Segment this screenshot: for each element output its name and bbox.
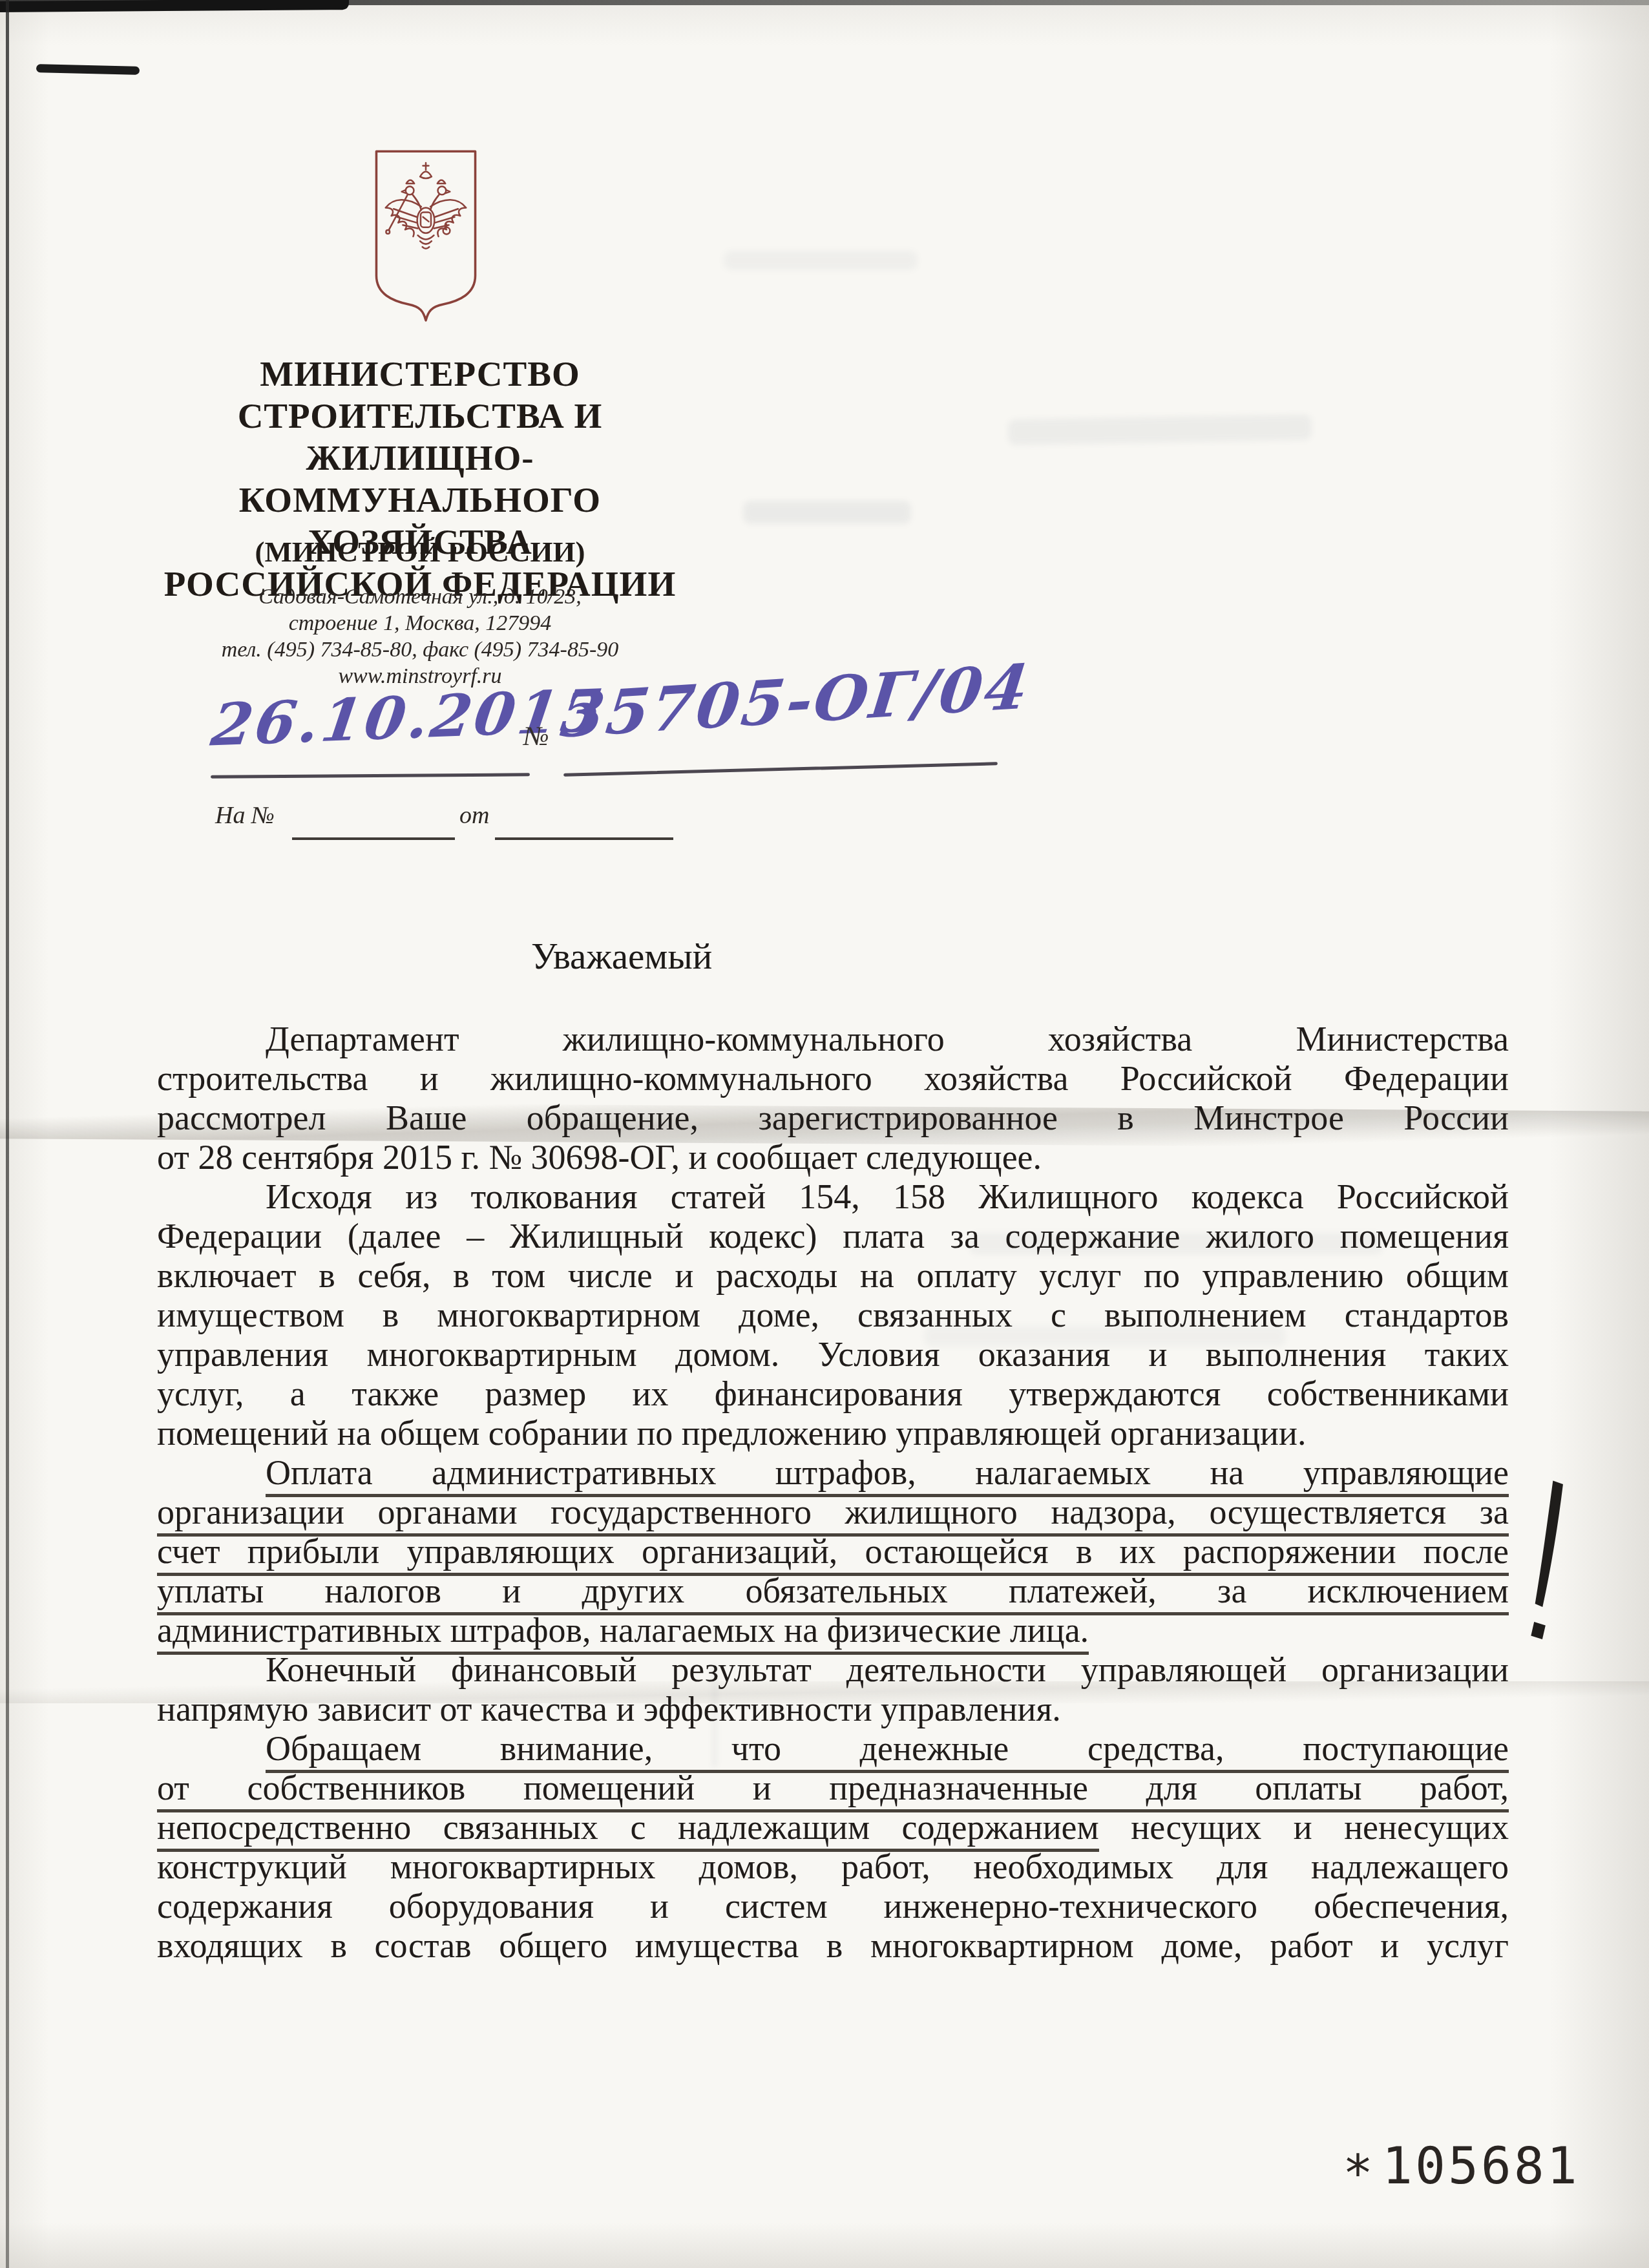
address-line: строение 1, Москва, 127994 xyxy=(147,610,693,636)
body-paragraphs: Департамент жилищно-коммунального хозяйс… xyxy=(157,1020,1509,1966)
text: от 28 сентября 2015 г. № 30698-ОГ, и соо… xyxy=(157,1138,1042,1177)
scan-corner-mark xyxy=(36,64,140,75)
text: входящих в состав общего имущества в мно… xyxy=(157,1926,1509,1965)
body-line: управления многоквартирным домом. Услови… xyxy=(157,1335,1509,1374)
body-line: организации органами государственного жи… xyxy=(157,1493,1509,1532)
underlined-text: счет прибыли управляющих организаций, ос… xyxy=(157,1532,1509,1576)
underlined-text: Оплата административных штрафов, налагае… xyxy=(266,1453,1509,1497)
body-line: от 28 сентября 2015 г. № 30698-ОГ, и соо… xyxy=(157,1138,1509,1177)
text: Федерации (далее – Жилищный кодекс) плат… xyxy=(157,1217,1509,1255)
reply-from-label: от xyxy=(459,801,489,830)
body-line: конструкций многоквартирных домов, работ… xyxy=(157,1847,1509,1887)
number-sign: № xyxy=(523,721,549,752)
body-line: входящих в состав общего имущества в мно… xyxy=(157,1926,1509,1966)
reply-number-blank xyxy=(292,837,455,840)
text: помещений на общем собрании по предложен… xyxy=(157,1414,1306,1453)
bleed-through-artifact xyxy=(743,501,911,524)
underlined-text: непосредственно связанных с надлежащим с… xyxy=(157,1808,1099,1852)
scan-edge-top-dark xyxy=(0,0,349,12)
body-line: административных штрафов, налагаемых на … xyxy=(157,1611,1509,1650)
text: Исходя из толкования статей 154, 158 Жил… xyxy=(266,1177,1509,1216)
date-underline xyxy=(211,773,530,778)
underlined-text: Обращаем внимание, что денежные средства… xyxy=(266,1729,1509,1773)
doc-number-stamp: *105681 xyxy=(1343,2137,1580,2196)
text: услуг, а также размер их финансирования … xyxy=(157,1374,1509,1413)
body-line: Оплата административных штрафов, налагае… xyxy=(157,1453,1509,1493)
underlined-text: организации органами государственного жи… xyxy=(157,1493,1509,1537)
address-line: Садовая-Самотечная ул., д. 10/23, xyxy=(147,583,693,610)
ministry-address-block: Садовая-Самотечная ул., д. 10/23, строен… xyxy=(147,583,693,689)
stamp-asterisk: * xyxy=(1343,2145,1376,2203)
scanned-letter-page: МИНИСТЕРСТВО СТРОИТЕЛЬСТВА И ЖИЛИЩНО- КО… xyxy=(0,0,1649,2268)
ministry-name-line: МИНИСТЕРСТВО xyxy=(147,353,693,395)
body-line: включает в себя, в том числе и расходы н… xyxy=(157,1256,1509,1296)
body-line: напрямую зависит от качества и эффективн… xyxy=(157,1690,1509,1729)
text: строительства и жилищно-коммунального хо… xyxy=(157,1059,1509,1098)
text: рассмотрел Ваше обращение, зарегистриров… xyxy=(157,1098,1509,1137)
body-line: счет прибыли управляющих организаций, ос… xyxy=(157,1532,1509,1571)
body-line: Департамент жилищно-коммунального хозяйс… xyxy=(157,1020,1509,1059)
russian-eagle-emblem-icon xyxy=(368,146,483,327)
address-line: тел. (495) 734-85-80, факс (495) 734-85-… xyxy=(147,636,693,663)
body-line: рассмотрел Ваше обращение, зарегистриров… xyxy=(157,1098,1509,1138)
body-line: содержания оборудования и систем инженер… xyxy=(157,1887,1509,1926)
text: Конечный финансовый результат деятельнос… xyxy=(266,1650,1509,1689)
number-underline xyxy=(563,762,998,777)
body-line: услуг, а также размер их финансирования … xyxy=(157,1374,1509,1414)
text: управления многоквартирным домом. Услови… xyxy=(157,1335,1509,1374)
underlined-text: административных штрафов, налагаемых на … xyxy=(157,1611,1089,1655)
text: конструкций многоквартирных домов, работ… xyxy=(157,1847,1509,1886)
underlined-text: от собственников помещений и предназначе… xyxy=(157,1769,1509,1812)
text: имуществом в многоквартирном доме, связа… xyxy=(157,1296,1509,1334)
body-line: от собственников помещений и предназначе… xyxy=(157,1769,1509,1808)
text: содержания оборудования и систем инженер… xyxy=(157,1887,1509,1926)
ministry-short-name: (МИНСТРОЙ РОССИИ) xyxy=(147,535,693,569)
margin-exclamation-icon xyxy=(1529,1477,1575,1653)
reply-date-blank xyxy=(495,837,673,840)
body-line: Федерации (далее – Жилищный кодекс) плат… xyxy=(157,1217,1509,1256)
body-line: непосредственно связанных с надлежащим с… xyxy=(157,1808,1509,1847)
body-line: имуществом в многоквартирном доме, связа… xyxy=(157,1296,1509,1335)
body-line: уплаты налогов и других обязательных пла… xyxy=(157,1571,1509,1611)
body-line: Обращаем внимание, что денежные средства… xyxy=(157,1729,1509,1769)
body-line: Конечный финансовый результат деятельнос… xyxy=(157,1650,1509,1690)
body-line: помещений на общем собрании по предложен… xyxy=(157,1414,1509,1453)
bleed-through-artifact xyxy=(1008,414,1312,445)
bleed-through-artifact xyxy=(724,251,918,270)
text: напрямую зависит от качества и эффективн… xyxy=(157,1690,1061,1728)
text: несущих и ненесущих xyxy=(1099,1808,1509,1847)
ministry-name-line: СТРОИТЕЛЬСТВА И ЖИЛИЩНО- xyxy=(147,395,693,479)
underlined-text: уплаты налогов и других обязательных пла… xyxy=(157,1571,1509,1615)
body-line: строительства и жилищно-коммунального хо… xyxy=(157,1059,1509,1098)
text: включает в себя, в том числе и расходы н… xyxy=(157,1256,1509,1295)
stamp-number: 105681 xyxy=(1382,2137,1580,2196)
reply-to-label: На № xyxy=(215,801,275,830)
text: Департамент жилищно-коммунального хозяйс… xyxy=(266,1020,1509,1058)
body-line: Исходя из толкования статей 154, 158 Жил… xyxy=(157,1177,1509,1217)
greeting: Уважаемый xyxy=(531,936,712,978)
